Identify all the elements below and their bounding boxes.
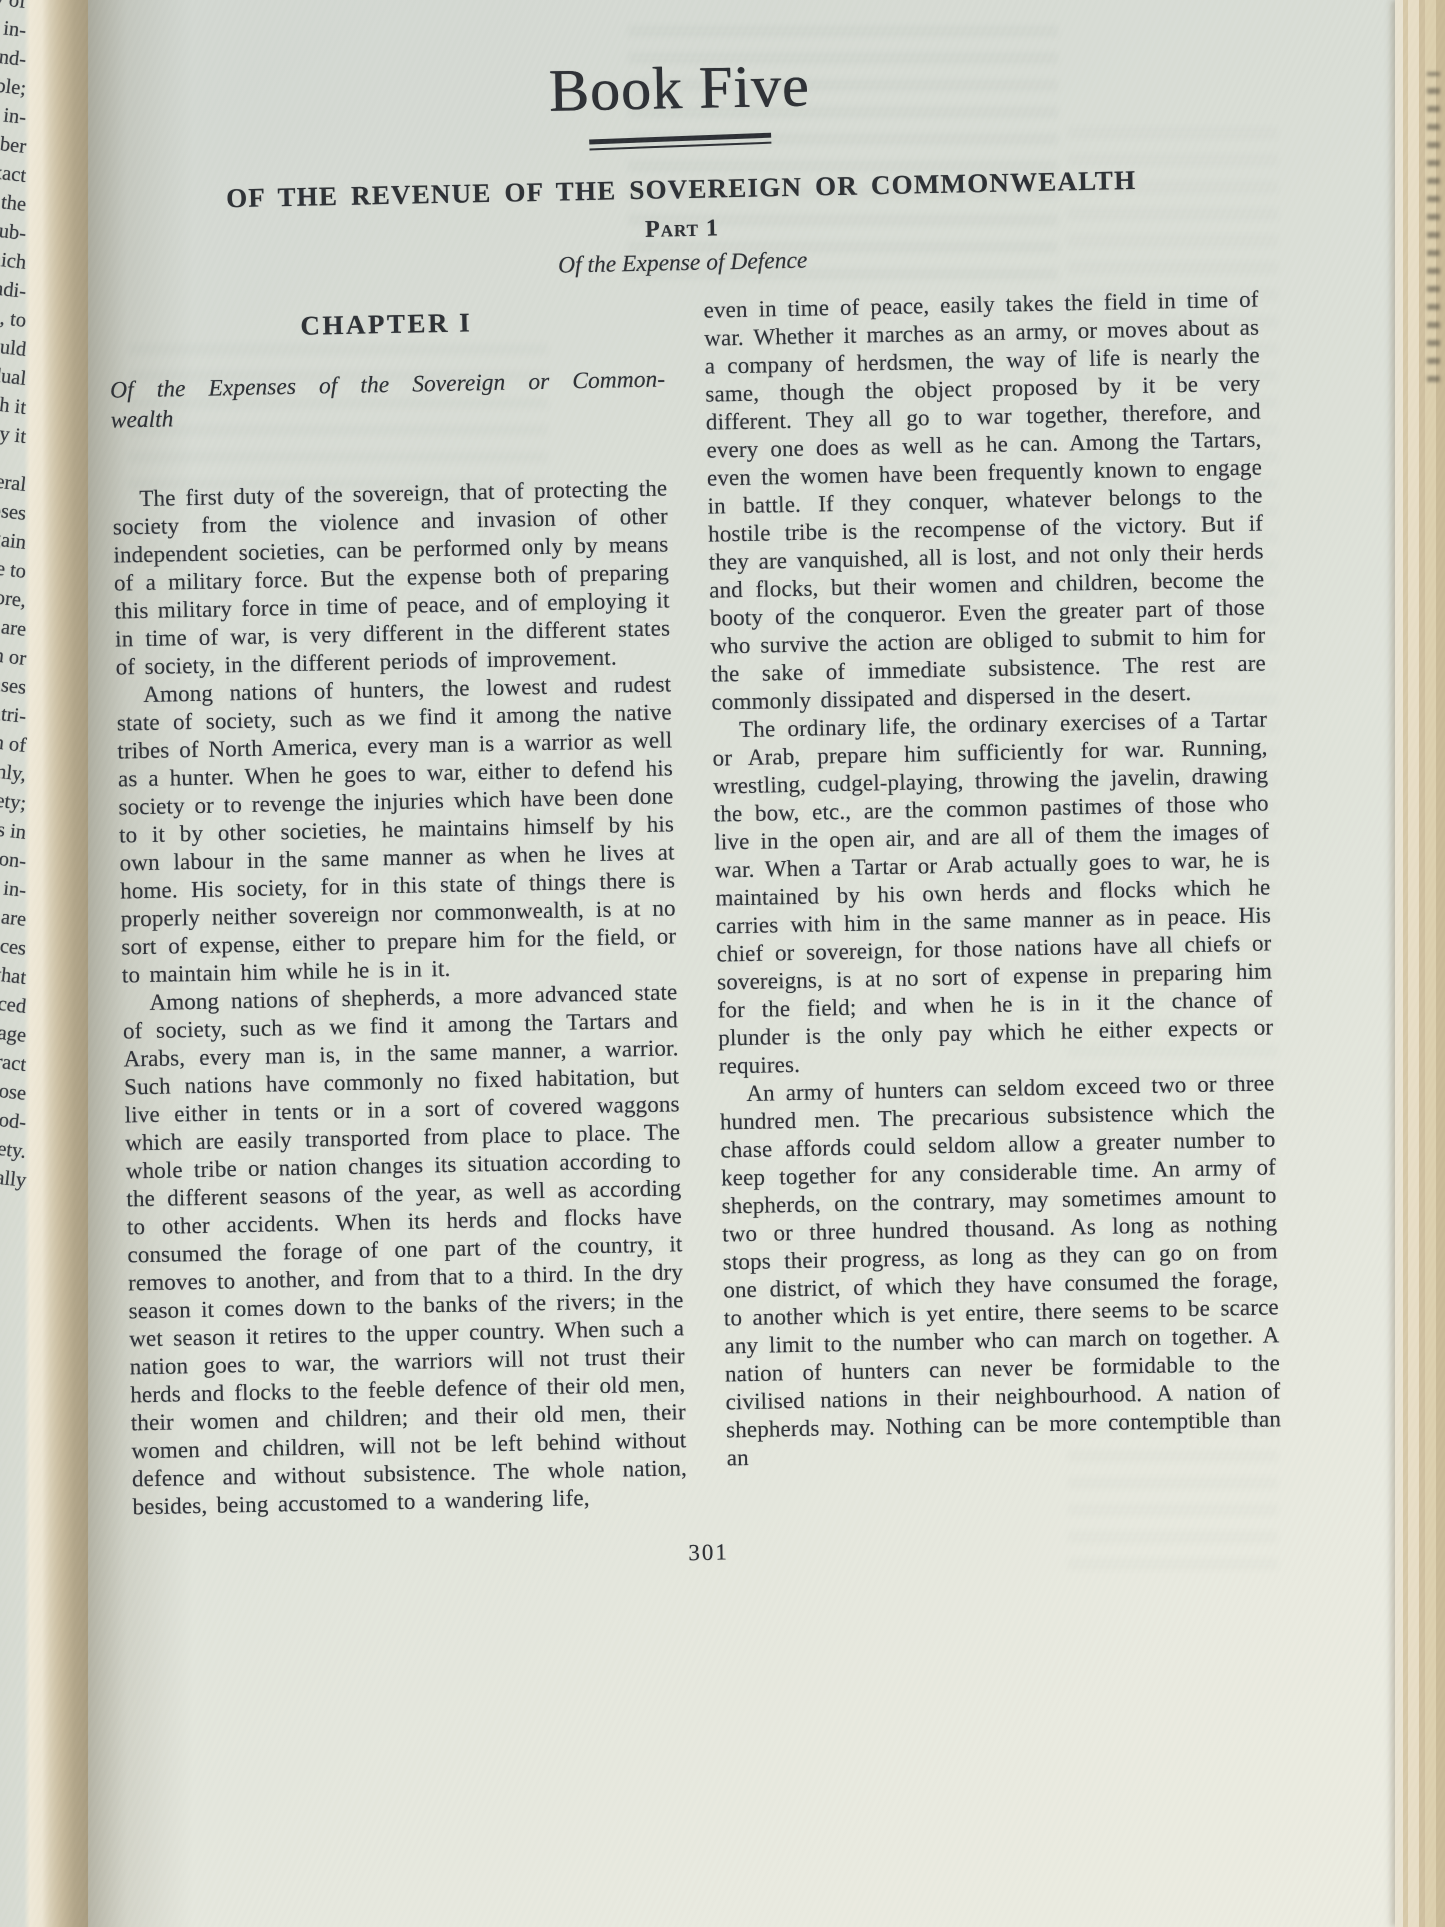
chapter-heading: CHAPTER I <box>109 303 665 345</box>
right-page: Book Five OF THE REVENUE OF THE SOVEREIG… <box>88 0 1400 1927</box>
paragraph: Among nations of hunters, the lowest and… <box>116 670 677 989</box>
title-double-rule <box>589 133 771 151</box>
right-column-paragraphs: even in time of peace, easily takes the … <box>703 286 1281 1473</box>
page-number: 301 <box>133 1528 1283 1577</box>
book-title: Book Five <box>104 43 1255 135</box>
right-column: even in time of peace, easily takes the … <box>703 286 1281 1473</box>
open-book-photo: uty ofand in-s; second-possible;n the in… <box>0 0 1445 1927</box>
text-columns: CHAPTER I Of the Expenses of the Soverei… <box>109 286 1283 1522</box>
paragraph: An army of hunters can seldom exceed two… <box>719 1069 1282 1472</box>
paragraph: The ordinary life, the ordinary exercise… <box>712 705 1274 1080</box>
fore-edge-print-marks <box>1427 72 1440 382</box>
paragraph: The first duty of the sovereign, that of… <box>112 474 671 681</box>
book-page-edges <box>1395 0 1445 1927</box>
left-column: CHAPTER I Of the Expenses of the Soverei… <box>109 297 688 1521</box>
paragraph: even in time of peace, easily takes the … <box>703 286 1266 717</box>
chapter-subtitle: Of the Expenses of the Sovereign or Comm… <box>110 364 666 435</box>
paragraph: Among nations of shepherds, a more advan… <box>122 978 688 1521</box>
page-content: Book Five OF THE REVENUE OF THE SOVEREIG… <box>103 0 1284 1577</box>
left-page-text-fragments: uty ofand in-s; second-possible;n the in… <box>0 0 26 1196</box>
left-column-paragraphs: The first duty of the sovereign, that of… <box>112 474 688 1521</box>
